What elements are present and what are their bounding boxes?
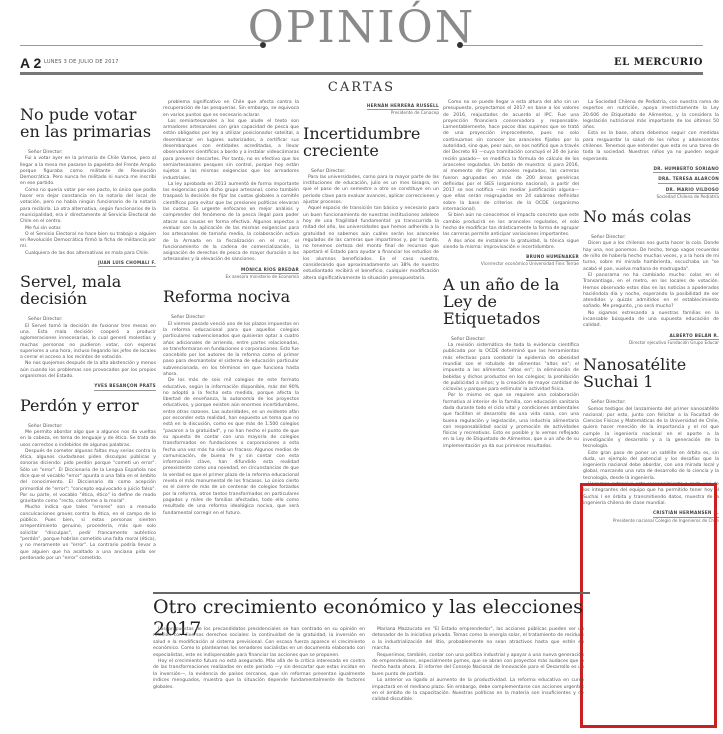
letter-paragraph: La Sociedad Chilena de Pediatría, con nu…: [583, 100, 719, 131]
letter-title: A un año de la Ley de Etiquetados: [443, 276, 579, 327]
letter-title: Reforma nociva: [163, 288, 299, 305]
letter-paragraph: El Servel tomó la decisión de fusionar t…: [20, 324, 156, 362]
feature-paragraph: Lo anterior va ligado al aumento de la p…: [372, 678, 584, 704]
feature-divider: [153, 592, 590, 594]
letter-paragraph: Los semiartesanales a los que alude el t…: [163, 119, 299, 182]
letter-paragraph: El viernes pasado venció uno de los plaz…: [163, 322, 299, 379]
letter-paragraph: Como no quería votar por ese pacto, lo ú…: [20, 188, 156, 226]
letter-signature: DR. MARIO VILDOSO: [666, 187, 719, 194]
column-1: No pude votar en las primarias Señor Dir…: [20, 100, 156, 562]
letter-title: Nanosatélite Suchai 1: [583, 356, 719, 390]
letter-title: No pude votar en las primarias: [20, 106, 156, 140]
feature-paragraph: Hoy el crecimiento futuro no está asegur…: [153, 659, 365, 691]
letter-paragraph: Como no se puede llegar a esta altura de…: [443, 100, 579, 213]
letter-signature: DR. HUMBERTO SORIANO: [653, 166, 719, 173]
letter-paragraph: Dicen que a los chilenos nos gusta hacer…: [583, 241, 719, 272]
letter-paragraph: Esta es la base, ahora debemos seguir co…: [583, 131, 719, 162]
feature-paragraph: Las propuestas de los precandidatos pres…: [153, 627, 365, 659]
letter-paragraph: A dos años de instalarse la gratuidad, l…: [443, 239, 579, 252]
letter-paragraph: O el Servicio Electoral no hace bien su …: [20, 232, 156, 251]
letter-paragraph: No sigamos estresando a nuestras familia…: [583, 311, 719, 330]
letter-paragraph: Me permito abordar algo que a algunos no…: [20, 430, 156, 449]
letter-paragraph: Mucho indica que tales "errores" son a m…: [20, 505, 156, 562]
feature-column-2: Mariana Mazzucato en "El Estado emprende…: [372, 627, 584, 704]
section-label: CARTAS: [0, 80, 723, 95]
letter-paragraph: Después de cometer algunas faltas muy se…: [20, 449, 156, 506]
letter-paragraph: La ley aprobada en 2013 aumentó de forma…: [163, 182, 299, 264]
letter-paragraph: Por lo mismo es que se requiere una cola…: [443, 393, 579, 450]
letter-signature: HERNÁN HERRERA RUSSELL: [367, 103, 439, 110]
signer-role: Vicerrector económico Universidad Finis …: [443, 261, 579, 267]
column-5: La Sociedad Chilena de Pediatría, con nu…: [583, 100, 719, 532]
letter-signature: JUAN LUIS CHOMALI F.: [98, 260, 156, 267]
newspaper-brand: EL MERCURIO: [614, 57, 703, 68]
highlight-box: [580, 483, 717, 728]
letter-paragraph: La revisión sistemática de toda la evide…: [443, 343, 579, 393]
letter-paragraph: Cualquiera de las dos alternativas es ma…: [20, 251, 156, 257]
letter-paragraph: No nos quejemos después de la alta abste…: [20, 361, 156, 380]
letter-paragraph: Fui a votar ayer en la primaria de Chile…: [20, 156, 156, 187]
letter-title: Perdón y error: [20, 397, 156, 414]
feature-paragraph: Mariana Mazzucato en "El Estado emprende…: [372, 627, 584, 653]
letter-paragraph: El panorama no ha cambiado mucho: colas …: [583, 273, 719, 311]
signer-role: Ex asesora ministerio de Economía: [163, 274, 299, 280]
masthead: OPINIÓN A 2 LUNES 3 DE JULIO DE 2017 EL …: [20, 0, 703, 80]
letter-paragraph: problema significativo en Chile que afec…: [163, 100, 299, 119]
letter-signature: BRUNO HUMENAKER: [526, 254, 579, 261]
letter-signature: ALBERTO BELÁN R.: [670, 333, 720, 340]
issue-date: LUNES 3 DE JULIO DE 2017: [44, 59, 119, 65]
masthead-rule-right: [463, 45, 703, 46]
letter-paragraph: Este gran paso de poner un satélite en ó…: [583, 451, 719, 482]
letter-paragraph: Aquel espacio de transición tan básico y…: [303, 206, 439, 282]
masthead-divider: [20, 72, 703, 75]
letter-signature: MÓNICA RÍOS BREDAR: [241, 267, 299, 274]
letter-title: Servel, mala decisión: [20, 273, 156, 307]
letter-title: No más colas: [583, 208, 719, 225]
letter-signature: YVES BESANÇON PRATS: [94, 383, 156, 390]
column-2: problema significativo en Chile que afec…: [163, 100, 299, 517]
column-3: HERNÁN HERRERA RUSSELL Presidente de Con…: [303, 100, 439, 282]
feature-paragraph: Requerimos, también, contar con una polí…: [372, 653, 584, 679]
letter-paragraph: Si bien aún no conocemos el impacto conc…: [443, 213, 579, 238]
letter-paragraph: Para las universidades, como para la may…: [303, 175, 439, 206]
page-number: A 2: [20, 55, 41, 71]
signer-role: Sociedad Chilena de Pediatría: [583, 194, 719, 200]
letter-signature: DRA. TERESA ALARCÓN: [658, 176, 719, 183]
letter-title: Incertidumbre creciente: [303, 125, 439, 159]
column-4: Como no se puede llegar a esta altura de…: [443, 100, 579, 450]
signer-role: Director ejecutivo Fundación Grupo Educa…: [583, 340, 719, 346]
signer-role: Presidente de Conacep: [303, 110, 439, 116]
letter-paragraph: De los más de seis mil colegios de este …: [163, 378, 299, 517]
letter-paragraph: Somos testigos del lanzamiento del prime…: [583, 407, 719, 451]
feature-column-1: Las propuestas de los precandidatos pres…: [153, 627, 365, 691]
